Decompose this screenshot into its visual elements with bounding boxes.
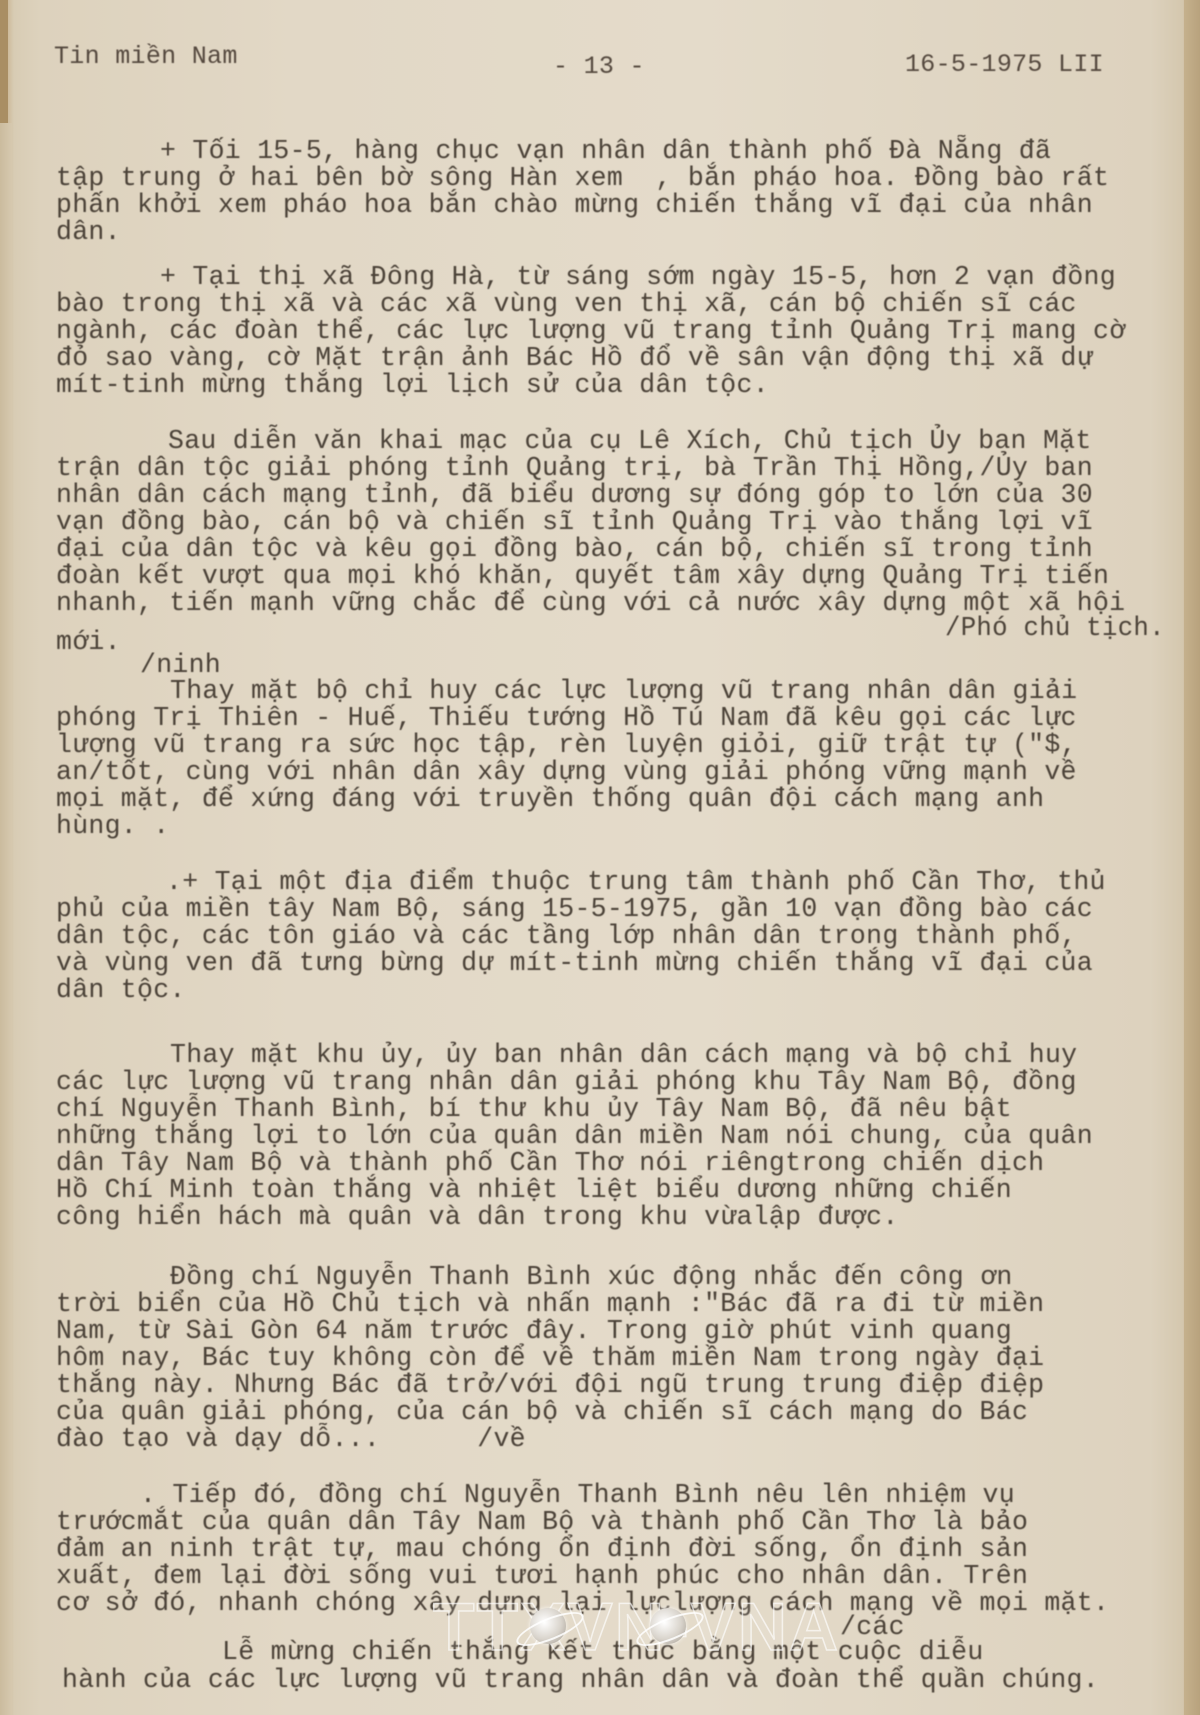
text-line: hành của các lực lượng vũ trang nhân dân… [62, 1665, 1099, 1695]
text-line: Sau diễn văn khai mạc của cụ Lê Xích, Ch… [168, 426, 1092, 456]
text-line: + Tại thị xã Đông Hà, từ sáng sớm ngày 1… [160, 262, 1116, 292]
text-line: dân. [56, 217, 121, 247]
text-line: tập trung ở hai bên bờ sông Hàn xem , bắ… [56, 163, 1109, 193]
text-line: phóng Trị Thiên - Huế, Thiếu tướng Hồ Tú… [56, 703, 1077, 733]
text-line: ngành, các đoàn thể, các lực lượng vũ tr… [56, 316, 1125, 346]
header-date-code: 16-5-1975 LII [905, 50, 1104, 79]
text-line: dân Tây Nam Bộ và thành phố Cần Thơ nói … [56, 1148, 1044, 1178]
globe-logo-icon [530, 1608, 566, 1644]
text-line: phấn khởi xem pháo hoa bắn chào mừng chi… [56, 190, 1093, 220]
text-line: an/tốt, cùng với nhân dân xây dựng vùng … [56, 757, 1077, 787]
text-line: . Tiếp đó, đồng chí Nguyễn Thanh Bình nê… [140, 1480, 1015, 1510]
text-line: chí Nguyễn Thanh Bình, bí thư khu ủy Tây… [56, 1094, 1012, 1124]
text-line: trời biển của Hồ Chủ tịch và nhấn mạnh :… [56, 1289, 1044, 1319]
globe-logo-icon [650, 1608, 686, 1644]
text-line: vạn đồng bào, cán bộ và chiến sĩ tỉnh Qu… [56, 507, 1093, 537]
text-line: đỏ sao vàng, cờ Mặt trận ảnh Bác Hồ đổ v… [56, 343, 1093, 373]
text-line: các lực lượng vũ trang nhân dân giải phó… [56, 1067, 1077, 1097]
text-line: Nam, từ Sài Gòn 64 năm trước đây. Trong … [56, 1316, 1012, 1346]
text-line: trướcmắt của quân dân Tây Nam Bộ và thàn… [56, 1507, 1028, 1537]
text-line: của quân giải phóng, của cán bộ và chiến… [56, 1397, 1028, 1427]
header-section-title: Tin miền Nam [54, 42, 238, 71]
text-line: đại của dân tộc và kêu gọi đồng bào, cán… [56, 534, 1093, 564]
text-line: Thay mặt khu ủy, ủy ban nhân dân cách mạ… [170, 1040, 1077, 1070]
text-line: thắng này. Nhưng Bác đã trở/với đội ngũ … [56, 1370, 1044, 1400]
text-line: dân tộc. [56, 975, 186, 1005]
text-line: mới. [56, 627, 121, 657]
text-line: lượng vũ trang ra sức học tập, rèn luyện… [56, 730, 1077, 760]
text-line: bào trong thị xã và các xã vùng ven thị … [56, 289, 1077, 319]
header-page-number: - 13 - [553, 52, 645, 81]
text-line: trận dân tộc giải phóng tỉnh Quảng trị, … [56, 453, 1093, 483]
text-line: mít-tinh mừng thắng lợi lịch sử của dân … [56, 370, 769, 400]
text-line: .+ Tại một địa điểm thuộc trung tâm thàn… [166, 867, 1106, 897]
page-right-edge [1184, 0, 1200, 1715]
text-insertion: /Phó chủ tịch. [945, 613, 1165, 643]
text-line: nhân dân cách mạng tỉnh, đã biểu dương s… [56, 480, 1093, 510]
text-line: dân tộc, các tôn giáo và các tầng lớp nh… [56, 921, 1077, 951]
text-line: hôm nay, Bác tuy không còn để về thăm mi… [56, 1343, 1044, 1373]
text-line: Đồng chí Nguyễn Thanh Bình xúc động nhắc… [170, 1262, 1013, 1292]
text-line: công hiển hách mà quân và dân trong khu … [56, 1202, 899, 1232]
text-line: Thay mặt bộ chỉ huy các lực lượng vũ tra… [170, 676, 1077, 706]
text-line: + Tối 15-5, hàng chục vạn nhân dân thành… [160, 136, 1051, 166]
watermark-text: TTXVN-VNA [433, 1588, 840, 1666]
text-line: và vùng ven đã tưng bừng dự mít-tinh mừn… [56, 948, 1093, 978]
text-line: đào tạo và dạy dỗ... /về [56, 1424, 526, 1454]
page-left-margin [0, 123, 12, 1715]
text-line: những thắng lợi to lớn của quân dân miền… [56, 1121, 1093, 1151]
page-left-edge [0, 0, 8, 123]
text-line: hùng. . [56, 811, 169, 841]
text-line: đoàn kết vượt qua mọi khó khăn, quyết tâ… [56, 561, 1109, 591]
scanned-document-page: Tin miền Nam - 13 - 16-5-1975 LII + Tối … [0, 0, 1200, 1715]
text-line: phủ của miền tây Nam Bộ, sáng 15-5-1975,… [56, 894, 1093, 924]
text-line: Hồ Chí Minh toàn thắng và nhiệt liệt biể… [56, 1175, 1012, 1205]
text-line: đảm an ninh trật tự, mau chóng ổn định đ… [56, 1534, 1028, 1564]
text-line: xuất, đem lại đời sống vui tươi hạnh phú… [56, 1561, 1028, 1591]
text-line: mọi mặt, để xứng đáng với truyền thống q… [56, 784, 1044, 814]
